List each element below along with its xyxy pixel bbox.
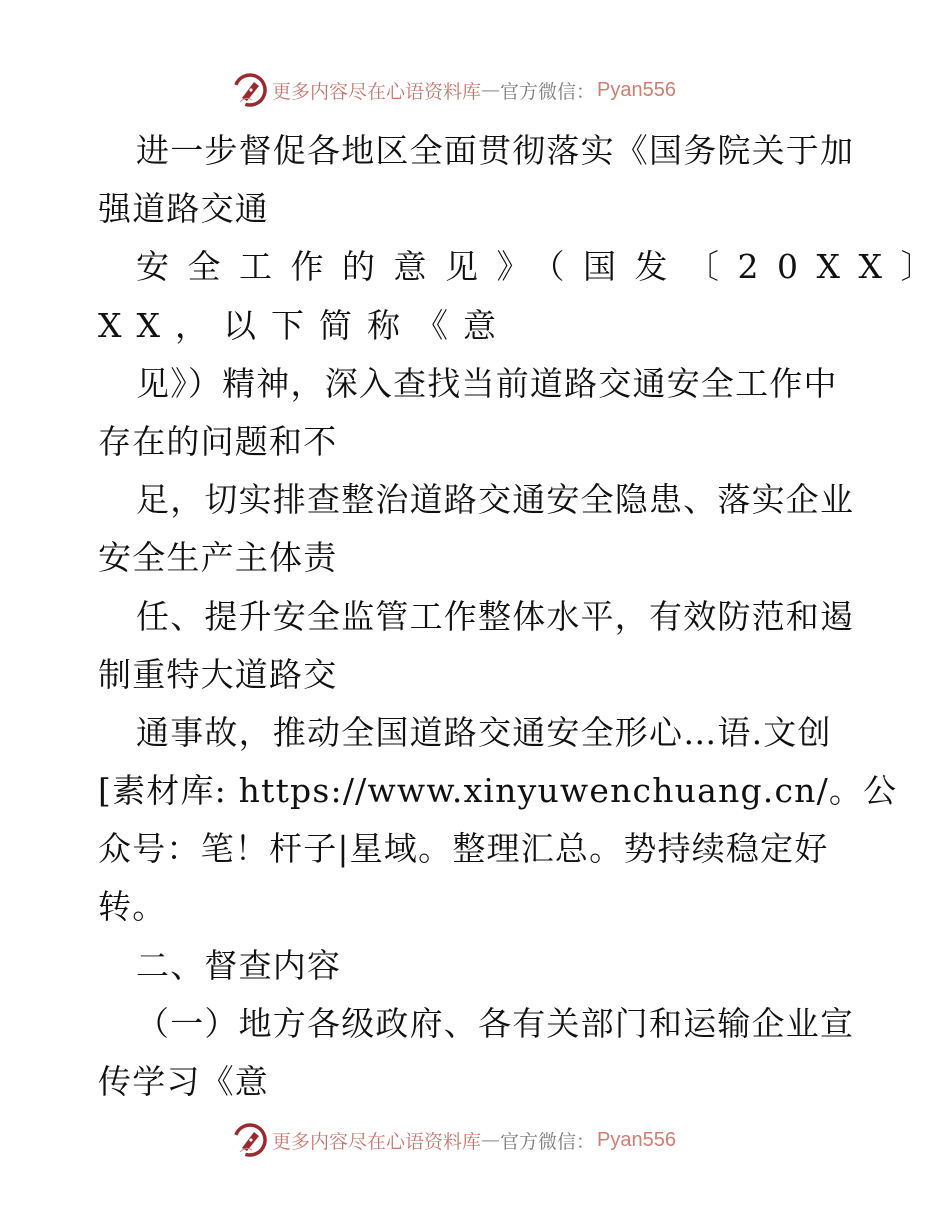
watermark-wechat-id: Pyan556	[597, 1129, 676, 1152]
paragraph-line: 安全生产主体责	[98, 529, 858, 587]
header-watermark: 更多内容尽在心语资料库 — 官方微信： Pyan556	[232, 70, 676, 110]
paragraph-line: 通事故，推动全国道路交通安全形心…语.文创	[98, 704, 858, 762]
paragraph-line: 转。	[98, 878, 858, 936]
paragraph-line: 进一步督促各地区全面贯彻落实《国务院关于加	[98, 122, 858, 180]
paragraph-line: 传学习《意	[98, 1053, 858, 1111]
pen-nib-circle-logo-icon	[232, 72, 268, 108]
watermark-dash: —	[481, 1129, 500, 1151]
paragraph-line: 任、提升安全监管工作整体水平，有效防范和遏	[98, 588, 858, 646]
watermark-brand-text: 更多内容尽在心语资料库	[272, 1127, 481, 1154]
paragraph-line-url: [素材库: https://www.xinyuwenchuang.cn/。公	[98, 762, 858, 820]
paragraph-line: 众号：笔！杆子|星域。整理汇总。势持续稳定好	[98, 820, 858, 878]
paragraph-line: 强道路交通	[98, 180, 858, 238]
document-body: 进一步督促各地区全面贯彻落实《国务院关于加 强道路交通 安全工作的意见》（国发〔…	[98, 122, 858, 1111]
subsection-heading: （一）地方各级政府、各有关部门和运输企业宣	[98, 995, 858, 1053]
footer-watermark: 更多内容尽在心语资料库 — 官方微信： Pyan556	[232, 1120, 676, 1160]
watermark-dash: —	[481, 79, 500, 101]
watermark-wechat-label: 官方微信：	[500, 1127, 595, 1154]
paragraph-line: 制重特大道路交	[98, 646, 858, 704]
watermark-wechat-id: Pyan556	[597, 79, 676, 102]
watermark-wechat-label: 官方微信：	[500, 77, 595, 104]
paragraph-line: 足，切实排查整治道路交通安全隐患、落实企业	[98, 471, 858, 529]
paragraph-line: 见》）精神，深入查找当前道路交通安全工作中	[98, 355, 858, 413]
watermark-brand-text: 更多内容尽在心语资料库	[272, 77, 481, 104]
section-heading: 二、督查内容	[98, 937, 858, 995]
pen-nib-circle-logo-icon	[232, 1122, 268, 1158]
paragraph-line: 安全工作的意见》（国发〔20XX〕	[98, 238, 858, 296]
paragraph-line: XX，以下简称《意	[98, 297, 858, 355]
paragraph-line: 存在的问题和不	[98, 413, 858, 471]
